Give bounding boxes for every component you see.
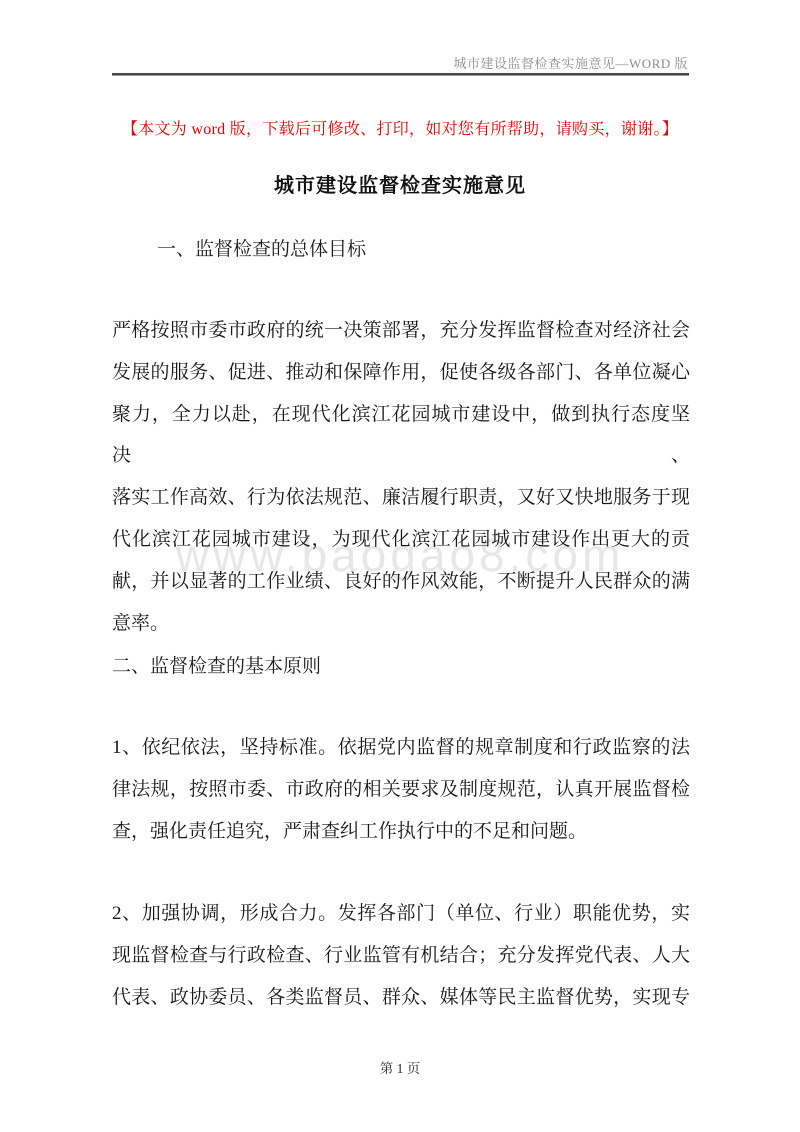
text-line: 聚力，全力以赴，在现代化滨江花园城市建设中，做到执行态度坚决、 xyxy=(112,394,690,478)
text-line: 献，并以显著的工作业绩、良好的作风效能，不断提升人民群众的满 xyxy=(112,561,690,603)
text-line: 代表、政协委员、各类监督员、群众、媒体等民主监督优势，实现专 xyxy=(112,977,690,1019)
header-running-title: 城市建设监督检查实施意见—WORD 版 xyxy=(454,53,688,72)
text-line: 查，强化责任追究，严肃查纠工作执行中的不足和问题。 xyxy=(112,811,690,853)
section-1-heading: 一、监督检查的总体目标 xyxy=(157,234,366,261)
text-line: 落实工作高效、行为依法规范、廉洁履行职责，又好又快地服务于现 xyxy=(112,477,690,519)
document-page: 城市建设监督检查实施意见—WORD 版 【本文为 word 版，下载后可修改、打… xyxy=(0,0,800,1132)
section-2-heading: 二、监督检查的基本原则 xyxy=(112,651,321,678)
page-number: 第 1 页 xyxy=(0,1057,800,1077)
section-1-paragraph: 严格按照市委市政府的统一决策部署，充分发挥监督检查对经济社会发展的服务、促进、推… xyxy=(112,310,690,644)
text-line: 发展的服务、促进、推动和保障作用，促使各级各部门、各单位凝心 xyxy=(112,352,690,394)
text-line: 1、依纪依法，坚持标准。依据党内监督的规章制度和行政监察的法 xyxy=(112,727,690,769)
section-2-item-1: 1、依纪依法，坚持标准。依据党内监督的规章制度和行政监察的法律法规，按照市委、市… xyxy=(112,727,690,852)
text-line: 2、加强协调，形成合力。发挥各部门（单位、行业）职能优势，实 xyxy=(112,893,690,935)
text-line: 代化滨江花园城市建设，为现代化滨江花园城市建设作出更大的贡 xyxy=(112,519,690,561)
document-title: 城市建设监督检查实施意见 xyxy=(0,169,800,198)
text-line: 律法规，按照市委、市政府的相关要求及制度规范，认真开展监督检 xyxy=(112,769,690,811)
text-line: 意率。 xyxy=(112,603,690,645)
purchase-notice: 【本文为 word 版，下载后可修改、打印，如对您有所帮助，请购买，谢谢。】 xyxy=(0,116,800,139)
text-line: 严格按照市委市政府的统一决策部署，充分发挥监督检查对经济社会 xyxy=(112,310,690,352)
section-2-item-2: 2、加强协调，形成合力。发挥各部门（单位、行业）职能优势，实现监督检查与行政检查… xyxy=(112,893,690,1018)
header-rule xyxy=(112,73,689,76)
text-line: 现监督检查与行政检查、行业监管有机结合；充分发挥党代表、人大 xyxy=(112,935,690,977)
